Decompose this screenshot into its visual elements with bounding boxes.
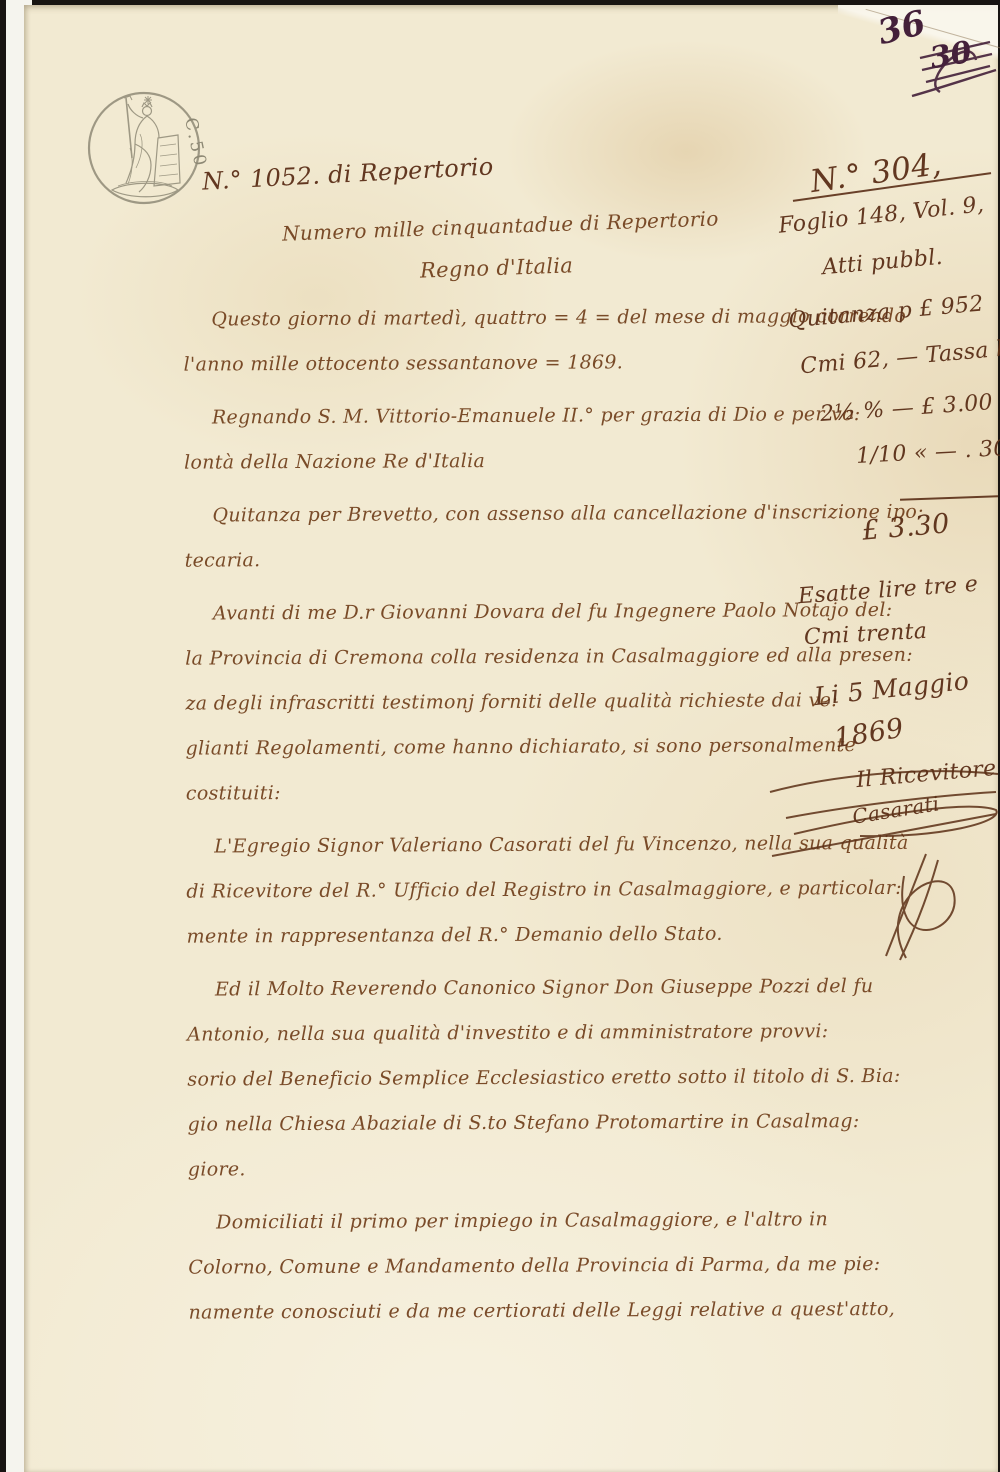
body-line: sorio del Beneficio Semplice Ecclesiasti… bbox=[187, 1054, 799, 1102]
body-line: giore. bbox=[188, 1144, 800, 1192]
body-line: costituiti: bbox=[186, 768, 798, 816]
body-line: Regnando S. M. Vittorio-Emanuele II.° pe… bbox=[184, 392, 796, 440]
body-line: mente in rappresentanza del R.° Demanio … bbox=[187, 911, 799, 959]
paragraph-title: Quitanza per Brevetto, con assenso alla … bbox=[184, 490, 796, 583]
body-line: Ed il Molto Reverendo Canonico Signor Do… bbox=[187, 964, 799, 1012]
body-line: Domiciliati il primo per impiego in Casa… bbox=[188, 1197, 800, 1245]
paragraph-first-party: L'Egregio Signor Valeriano Casorati del … bbox=[186, 821, 799, 959]
revenue-stamp-seal: C.50 bbox=[84, 86, 204, 210]
paragraph-second-party: Ed il Molto Reverendo Canonico Signor Do… bbox=[187, 964, 800, 1192]
paragraph-king: Regnando S. M. Vittorio-Emanuele II.° pe… bbox=[184, 392, 796, 485]
paragraph-notary: Avanti di me D.r Giovanni Dovara del fu … bbox=[185, 588, 798, 816]
document-scan: C.50 36 30 N.° 1052. di Repertorio Numer… bbox=[0, 0, 1000, 1472]
body-line: Colorno, Comune e Mandamento della Provi… bbox=[188, 1242, 800, 1290]
body-line: tecaria. bbox=[185, 535, 797, 583]
scribble-strokes bbox=[910, 30, 1000, 100]
body-line: lontà della Nazione Re d'Italia bbox=[184, 437, 796, 485]
body-line: L'Egregio Signor Valeriano Casorati del … bbox=[186, 821, 798, 869]
body-line: Questo giorno di martedì, quattro = 4 = … bbox=[183, 294, 795, 342]
body-line: namente conosciuti e da me certiorati de… bbox=[188, 1287, 800, 1335]
body-line: gio nella Chiesa Abaziale di S.to Stefan… bbox=[188, 1099, 800, 1147]
body-line: glianti Regolamenti, come hanno dichiara… bbox=[186, 723, 798, 771]
body-line: l'anno mille ottocento sessantanove = 18… bbox=[184, 339, 796, 387]
body-line: Quitanza per Brevetto, con assenso alla … bbox=[184, 490, 796, 538]
body-line: di Ricevitore del R.° Ufficio del Regist… bbox=[186, 866, 798, 914]
body-line: Antonio, nella sua qualità d'investito e… bbox=[187, 1009, 799, 1057]
paragraph-domicile: Domiciliati il primo per impiego in Casa… bbox=[188, 1197, 801, 1335]
body-line: Avanti di me D.r Giovanni Dovara del fu … bbox=[185, 588, 797, 636]
signature-flourishes bbox=[770, 748, 1000, 968]
body-line: za degli infrascritti testimonj forniti … bbox=[185, 678, 797, 726]
act-body: Questo giorno di martedì, quattro = 4 = … bbox=[183, 294, 800, 1335]
body-line: la Provincia di Cremona colla residenza … bbox=[185, 633, 797, 681]
paragraph-date: Questo giorno di martedì, quattro = 4 = … bbox=[183, 294, 795, 387]
